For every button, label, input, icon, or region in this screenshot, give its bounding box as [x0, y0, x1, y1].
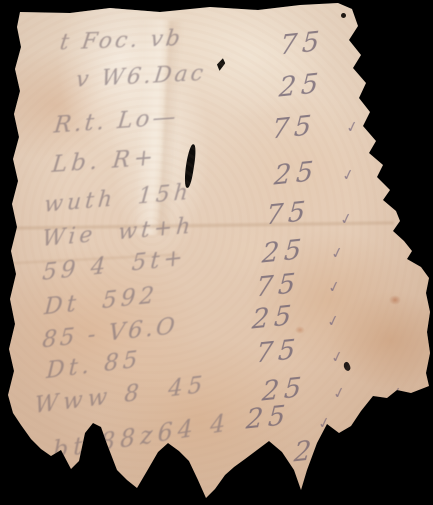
checkmark: ✓ — [326, 277, 342, 297]
checkmark: ✓ — [331, 383, 347, 403]
checkmark: ✓ — [316, 413, 332, 433]
checkmark: ✓ — [340, 165, 356, 185]
checkmark: ✓ — [325, 311, 341, 331]
checkmark: ✓ — [338, 209, 354, 229]
entry-amount: 25 — [278, 67, 324, 103]
checkmark: ✓ — [329, 243, 345, 263]
entry-amount: 75 — [265, 195, 311, 231]
entry-amount: 25 — [251, 299, 297, 335]
entry-script: 59 4 5t+ — [41, 244, 187, 285]
handwritten-ledger: t Foc. vb75v W6.Dac25R.t. Lo—75✓Lb. R+25… — [0, 0, 433, 505]
checkmark: ✓ — [388, 383, 404, 403]
entry-amount: 25 — [261, 233, 307, 269]
checkmark: ✓ — [329, 347, 345, 367]
entry-script: wuth 15h — [43, 179, 193, 217]
photo-stage: t Foc. vb75v W6.Dac25R.t. Lo—75✓Lb. R+25… — [0, 0, 433, 505]
entry-script: t Foc. vb — [58, 26, 184, 55]
checkmark: ✓ — [344, 117, 360, 137]
entry-amount: 25 — [273, 155, 319, 191]
entry-amount: 75 — [255, 333, 301, 369]
entry-script: v W6.Dac — [75, 60, 208, 92]
entry-script: Lb. R+ — [51, 144, 159, 178]
entry-amount: 75 — [279, 25, 325, 61]
entry-amount: 75 — [271, 109, 317, 145]
entry-script: bt 88z64 4 — [53, 408, 231, 464]
entry-amount: 75 — [255, 267, 301, 303]
entry-script: R.t. Lo— — [53, 104, 180, 139]
entry-amount: 2 — [293, 435, 317, 469]
paper-fragment: t Foc. vb75v W6.Dac25R.t. Lo—75✓Lb. R+25… — [0, 0, 433, 505]
entry-amount: 25 — [245, 399, 291, 435]
entry-script: 85 - V6.O — [41, 313, 178, 354]
entry-script: Dt. 85 — [46, 346, 142, 384]
entry-script: Dt 592 — [43, 282, 158, 320]
